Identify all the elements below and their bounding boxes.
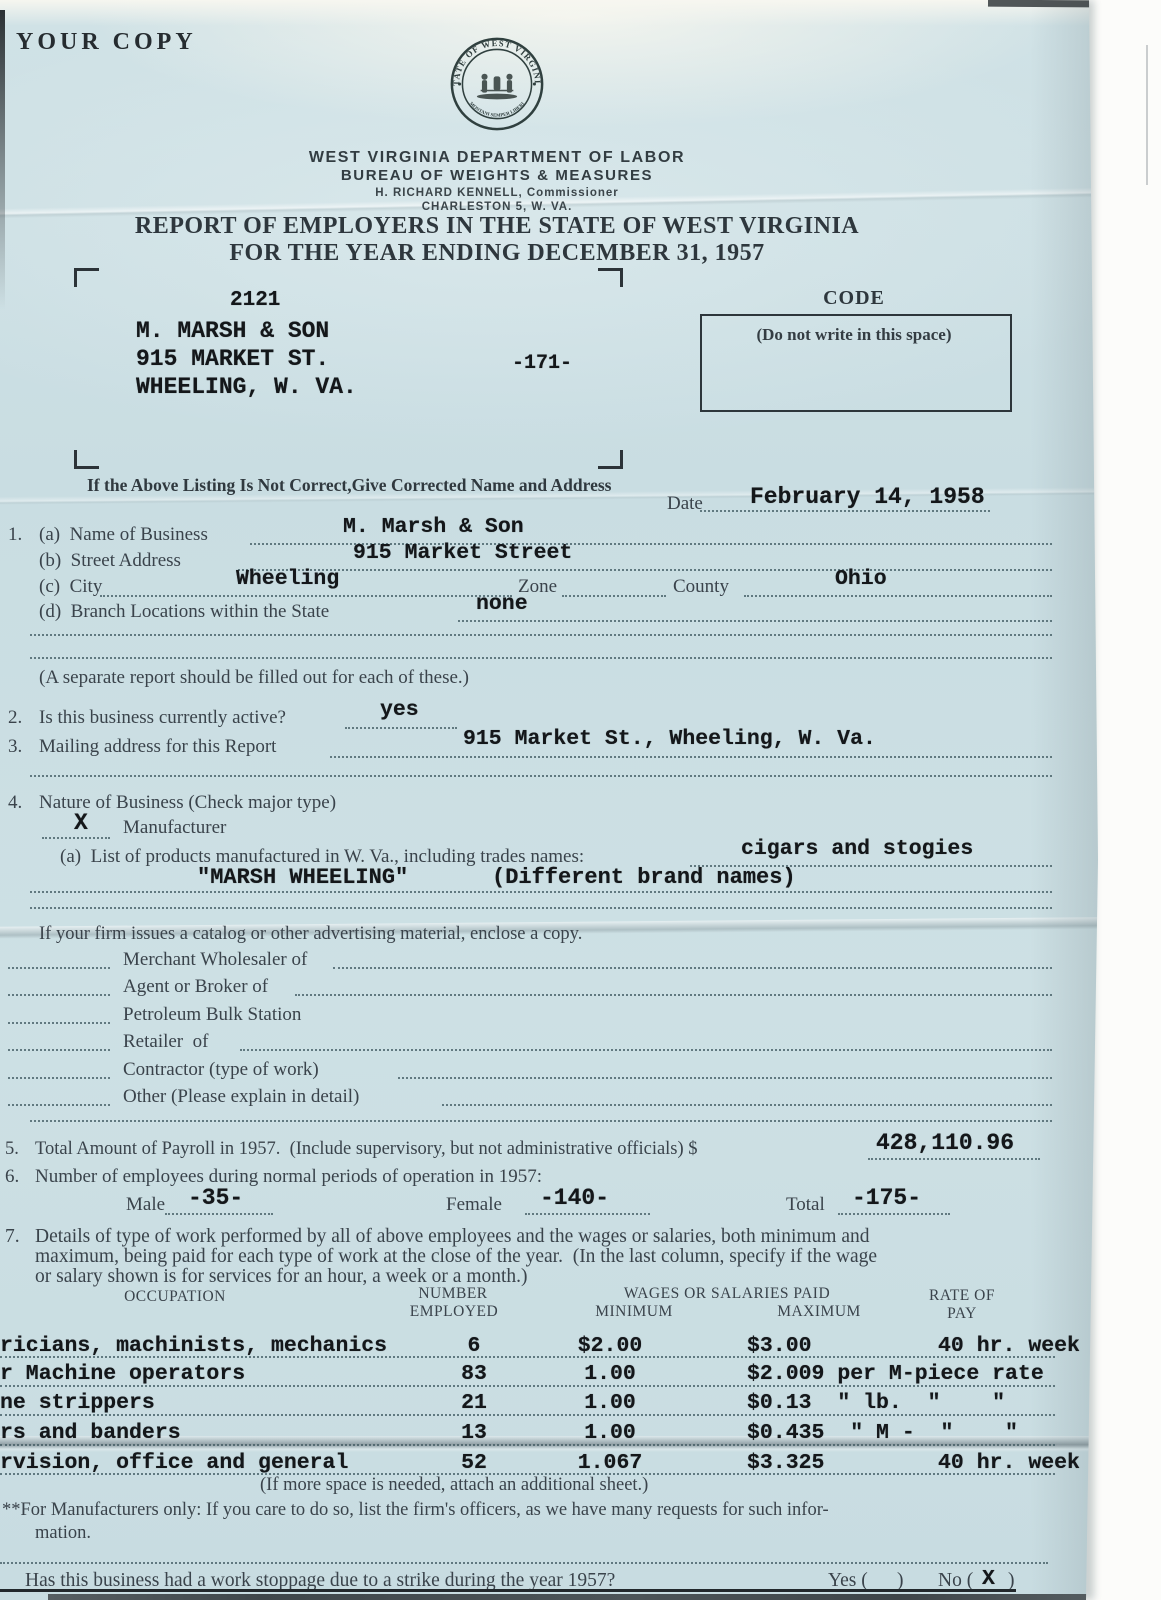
- row5-minimum: 1.067: [555, 1453, 665, 1475]
- q1a-value: M. Marsh & Son: [343, 517, 524, 539]
- blank-fill-line: [30, 907, 1052, 909]
- col-header-rate-of: RATE OF: [912, 1288, 1012, 1304]
- report-title-line2: FOR THE YEAR ENDING DECEMBER 31, 1957: [97, 241, 897, 266]
- row3-number: 21: [450, 1393, 498, 1415]
- report-title-line1: REPORT OF EMPLOYERS IN THE STATE OF WEST…: [97, 214, 897, 239]
- mailing-name: M. MARSH & SON: [136, 320, 329, 343]
- q4-number: 4.: [8, 793, 22, 813]
- q3-value: 915 Market St., Wheeling, W. Va.: [463, 729, 876, 751]
- q7-line1: Details of type of work performed by all…: [35, 1227, 869, 1247]
- q1b-fill-line: [238, 569, 1052, 571]
- q1b-label: (b) Street Address: [39, 551, 181, 571]
- q1-county-label: County: [673, 577, 729, 597]
- q1-county-value: Ohio: [835, 569, 887, 591]
- q6-male-label: Male: [126, 1195, 165, 1215]
- q6-number: 6.: [5, 1167, 19, 1187]
- row4-maximum: $0.435 " M - " ": [747, 1423, 1018, 1445]
- seal-motto-text: MONTANI SEMPER LIBERI: [468, 102, 526, 119]
- q2-number: 2.: [8, 708, 22, 728]
- date-fill-line: [700, 510, 990, 512]
- q7-number: 7.: [5, 1227, 20, 1247]
- scanned-form-page: YOUR COPY STATE OF WEST VIRGINIA MONTANI…: [0, 0, 1161, 1600]
- col-header-minimum: MINIMUM: [584, 1304, 684, 1320]
- col-header-maximum: MAXIMUM: [769, 1304, 869, 1320]
- option-other: Other (Please explain in detail): [123, 1087, 359, 1107]
- label-bracket-top-right: [598, 268, 623, 287]
- option-check-line: [8, 1077, 110, 1079]
- option-check-line: [8, 1104, 110, 1106]
- row4-number: 13: [450, 1423, 498, 1445]
- q4-brand-value: "MARSH WHEELING": [197, 867, 408, 889]
- q1b-value: 915 Market Street: [353, 543, 572, 565]
- row1-minimum: $2.00: [555, 1336, 665, 1358]
- location-line: CHARLESTON 5, W. VA.: [97, 201, 897, 213]
- q6-total-fill-line: [838, 1213, 950, 1215]
- officers-note-line2: mation.: [35, 1524, 91, 1543]
- q6-female-fill-line: [525, 1213, 650, 1215]
- q1d-fill-line: [458, 620, 1052, 622]
- fold-highlight-top: [0, 0, 1100, 26]
- code-box-note: (Do not write in this space): [700, 326, 1008, 344]
- q2-value: yes: [380, 700, 419, 722]
- q6-total-value: -175-: [852, 1187, 921, 1210]
- option-fill-line: [398, 1077, 1052, 1079]
- commissioner-line: H. RICHARD KENNELL, Commissioner: [97, 187, 897, 199]
- row2-minimum: 1.00: [555, 1364, 665, 1386]
- col-header-number: NUMBER: [403, 1286, 503, 1302]
- blank-fill-line: [30, 634, 1052, 636]
- mailing-city-state: WHEELING, W. VA.: [136, 376, 357, 399]
- correction-instruction: If the Above Listing Is Not Correct,Give…: [87, 476, 611, 494]
- option-fill-line: [333, 967, 1052, 969]
- q4a-value: cigars and stogies: [741, 839, 973, 861]
- row3-maximum: $0.13 " lb. " ": [747, 1393, 1005, 1415]
- q4-manufacturer-checkmark: X: [74, 812, 88, 835]
- row4-minimum: 1.00: [555, 1423, 665, 1445]
- q1-zone-fill-line: [562, 595, 666, 597]
- q3-number: 3.: [8, 737, 22, 757]
- scan-edge-left: [0, 10, 5, 310]
- q1-note: (A separate report should be filled out …: [39, 668, 469, 688]
- blank-fill-line: [30, 775, 1052, 777]
- row3-minimum: 1.00: [555, 1393, 665, 1415]
- row1-number: 6: [450, 1336, 498, 1358]
- label-bracket-bottom-right: [598, 450, 623, 469]
- q2-fill-line: [345, 727, 457, 729]
- q1c-value: Wheeling: [236, 569, 339, 591]
- row1-rate: 40 hr. week: [938, 1336, 1080, 1358]
- option-check-line: [8, 967, 110, 969]
- option-agent-broker: Agent or Broker of: [123, 977, 268, 997]
- row2-number: 83: [450, 1364, 498, 1386]
- svg-text:MONTANI SEMPER LIBERI: MONTANI SEMPER LIBERI: [468, 102, 526, 119]
- q6-male-fill-line: [165, 1213, 273, 1215]
- option-petroleum-bulk: Petroleum Bulk Station: [123, 1005, 301, 1025]
- option-fill-line: [295, 994, 1052, 996]
- bottom-rule-line: [0, 1589, 1016, 1592]
- q1-number: 1.: [8, 525, 22, 545]
- q6-label: Number of employees during normal period…: [35, 1167, 542, 1187]
- your-copy-stamp: YOUR COPY: [16, 30, 197, 55]
- seal-emblem-figures: [477, 74, 517, 100]
- option-retailer: Retailer of: [123, 1032, 208, 1052]
- option-check-line: [8, 1049, 110, 1051]
- q5-payroll-value: 428,110.96: [876, 1132, 1014, 1155]
- q1d-value: none: [476, 594, 528, 616]
- scan-edge-top-right: [988, 0, 1092, 7]
- q4a-label: (a) List of products manufactured in W. …: [60, 847, 584, 867]
- strike-no-checkmark: X: [982, 1569, 995, 1591]
- q1c-label: (c) City: [39, 577, 102, 597]
- row5-occupation: rvision, office and general: [0, 1453, 348, 1475]
- col-header-pay: PAY: [912, 1306, 1012, 1322]
- background-page-edge: [1146, 45, 1148, 185]
- q5-fill-line: [868, 1158, 1040, 1160]
- label-bracket-bottom-left: [74, 450, 99, 469]
- bureau-name: BUREAU OF WEIGHTS & MEASURES: [97, 168, 897, 184]
- option-fill-line: [240, 1049, 1052, 1051]
- paper-right-shading: [1030, 0, 1098, 1600]
- row1-maximum: $3.00: [747, 1336, 812, 1358]
- q6-male-value: -35-: [188, 1187, 243, 1210]
- row4-occupation: rs and banders: [0, 1423, 181, 1445]
- blank-fill-line: [30, 657, 1052, 659]
- mailing-account-number: 2121: [230, 290, 280, 311]
- blank-fill-line: [30, 1120, 1052, 1122]
- q4-manufacturer-label: Manufacturer: [123, 818, 226, 838]
- option-fill-line: [442, 1104, 1052, 1106]
- row2-maximum: $2.009 per M-piece rate: [747, 1364, 1044, 1386]
- option-check-line: [8, 1022, 110, 1024]
- row1-occupation: ricians, machinists, mechanics: [0, 1336, 387, 1358]
- option-check-line: [8, 994, 110, 996]
- option-merchant-wholesaler: Merchant Wholesaler of: [123, 950, 307, 970]
- q1c-fill-line: [100, 595, 512, 597]
- label-bracket-top-left: [74, 268, 99, 287]
- form-paper: YOUR COPY STATE OF WEST VIRGINIA MONTANI…: [0, 0, 1100, 1600]
- q3-fill-line: [330, 756, 1052, 758]
- mailing-street: 915 MARKET ST.: [136, 348, 329, 371]
- scan-edge-bottom: [48, 1594, 1110, 1600]
- more-space-note: (If more space is needed, attach an addi…: [260, 1476, 648, 1495]
- q1d-label: (d) Branch Locations within the State: [39, 602, 329, 622]
- q2-label: Is this business currently active?: [39, 708, 286, 728]
- department-name: WEST VIRGINIA DEPARTMENT OF LABOR: [97, 150, 897, 167]
- q7-line2: maximum, being paid for each type of wor…: [35, 1247, 877, 1267]
- officers-note-line1: **For Manufacturers only: If you care to…: [2, 1501, 829, 1520]
- q1-county-fill-line: [744, 595, 1052, 597]
- q6-female-value: -140-: [540, 1187, 609, 1210]
- row5-maximum: $3.325: [747, 1453, 824, 1475]
- date-label: Date: [667, 494, 703, 514]
- option-contractor: Contractor (type of work): [123, 1060, 319, 1080]
- col-header-occupation: OCCUPATION: [112, 1289, 238, 1305]
- col-header-employed: EMPLOYED: [402, 1304, 506, 1320]
- mailing-route-code: -171-: [512, 354, 572, 374]
- q4-check-fill-line: [42, 837, 110, 839]
- code-box-title: CODE: [700, 288, 1008, 309]
- q3-label: Mailing address for this Report: [39, 737, 276, 757]
- q5-number: 5.: [5, 1140, 19, 1159]
- row5-rate: 40 hr. week: [938, 1453, 1080, 1475]
- col-header-wages: WAGES OR SALARIES PAID: [602, 1286, 852, 1302]
- q4-brand-fill-line: [30, 891, 1052, 893]
- q4-catalog-note: If your firm issues a catalog or other a…: [39, 925, 582, 944]
- row2-occupation: r Machine operators: [0, 1364, 245, 1386]
- blank-fill-line: [0, 1562, 1048, 1564]
- q5-label: Total Amount of Payroll in 1957. (Includ…: [35, 1140, 698, 1159]
- q6-female-label: Female: [446, 1195, 502, 1215]
- q1a-label: (a) Name of Business: [39, 525, 208, 545]
- q4-brand-note: (Different brand names): [492, 867, 796, 889]
- state-seal-icon: STATE OF WEST VIRGINIA MONTANI SEMPER LI…: [449, 36, 545, 132]
- q6-total-label: Total: [786, 1195, 825, 1215]
- row5-number: 52: [450, 1453, 498, 1475]
- row3-occupation: ne strippers: [0, 1393, 155, 1415]
- date-value: February 14, 1958: [750, 486, 985, 509]
